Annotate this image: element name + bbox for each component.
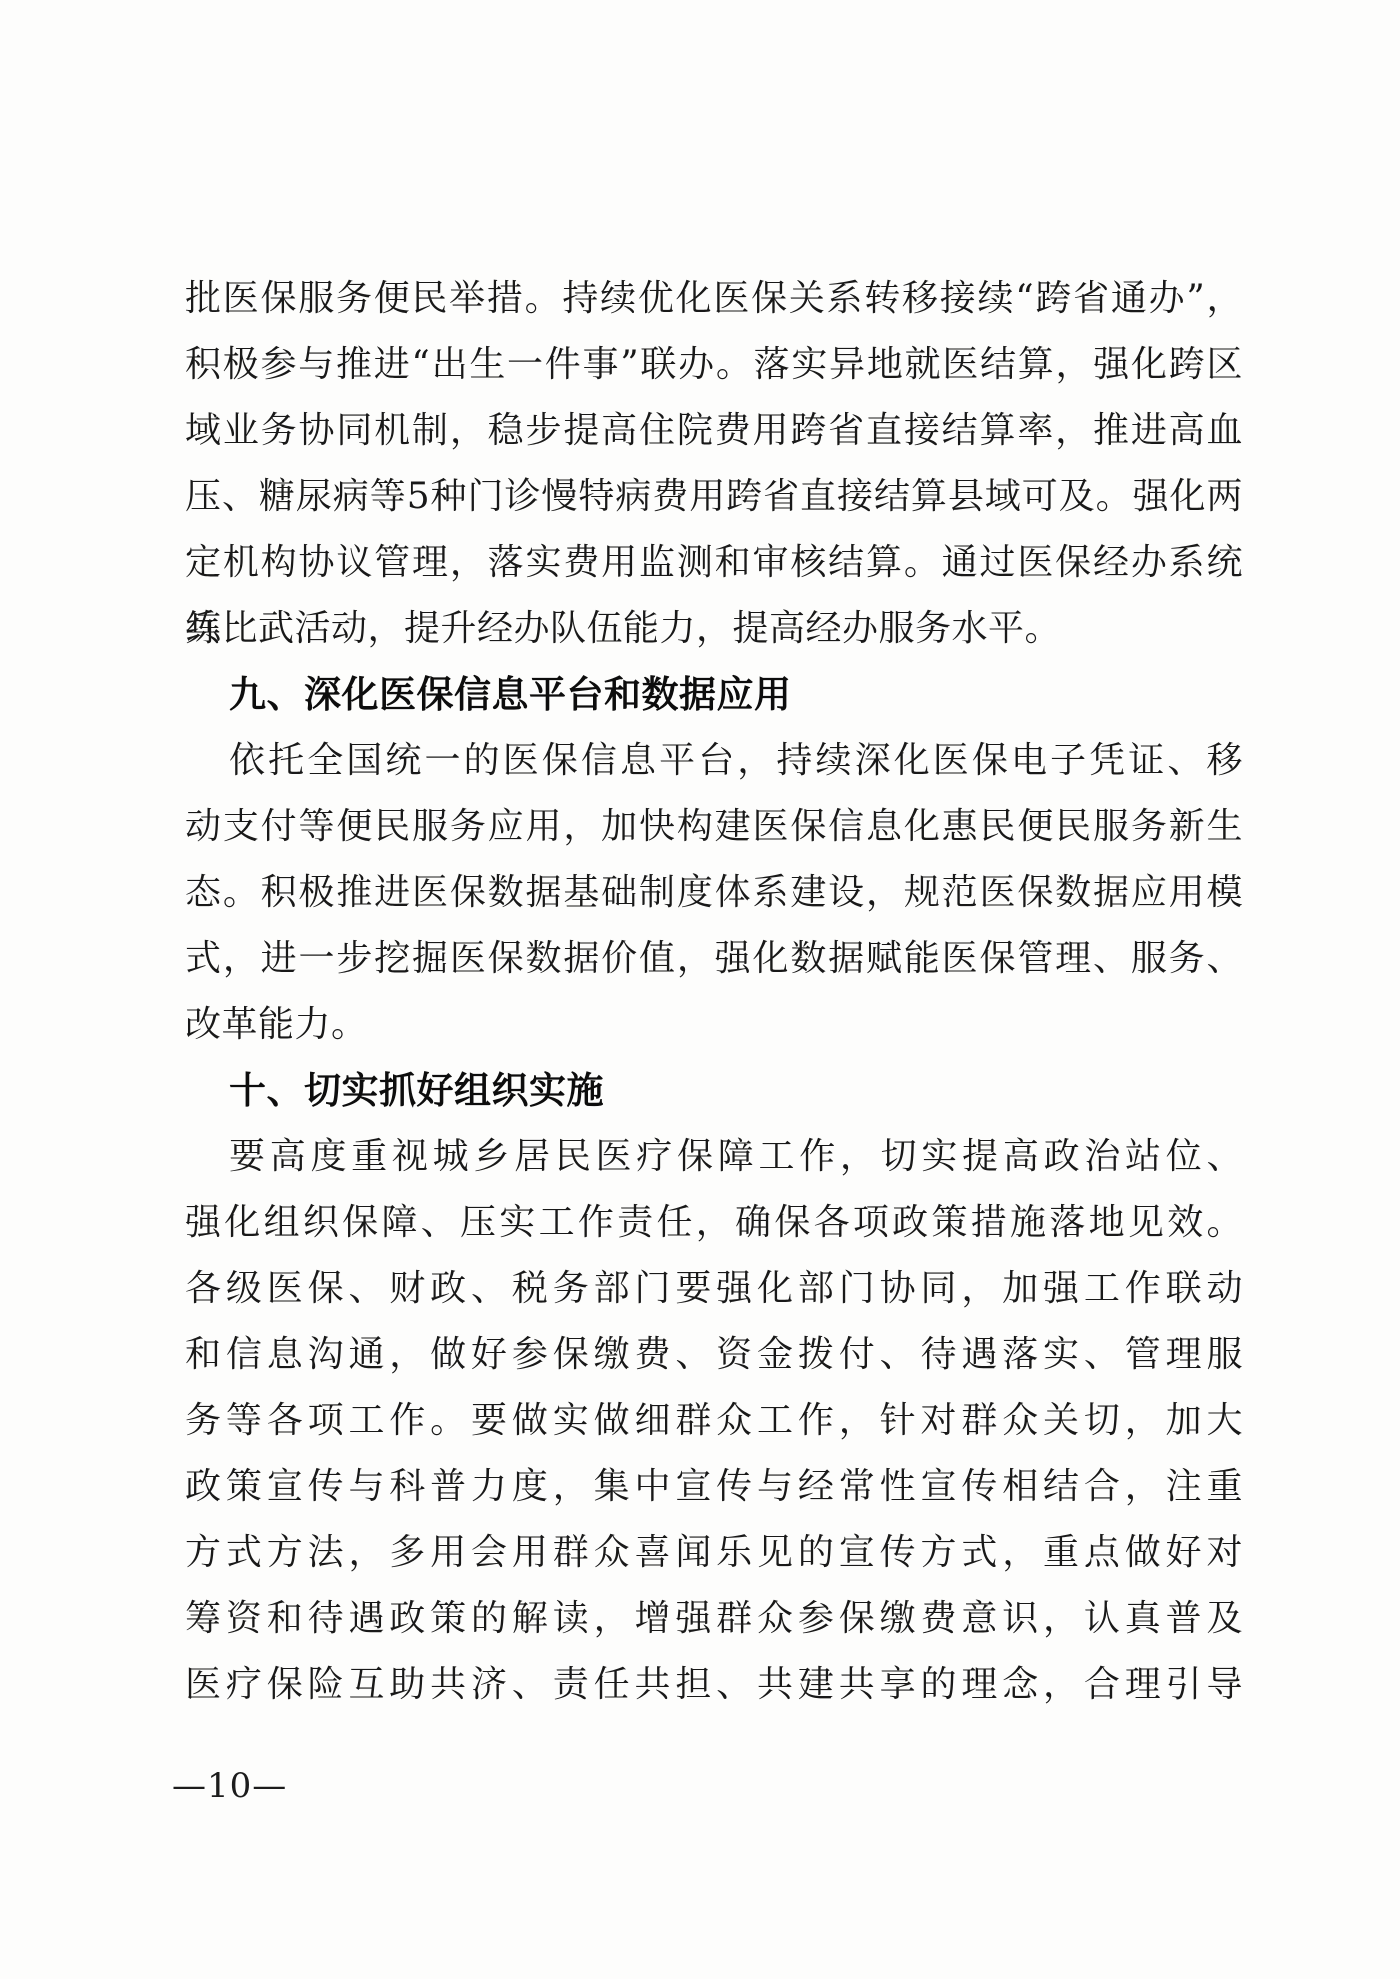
- text-line: 方式方法，多用会用群众喜闻乐见的宣传方式，重点做好对: [185, 1520, 1243, 1586]
- page-number: —10—: [172, 1762, 287, 1810]
- text-line: 兵比武活动，提升经办队伍能力，提高经办服务水平。: [185, 596, 1243, 662]
- text-line: 动支付等便民服务应用，加快构建医保信息化惠民便民服务新生: [185, 794, 1243, 860]
- text-line: 态。积极推进医保数据基础制度体系建设，规范医保数据应用模: [185, 860, 1243, 926]
- text-line: 域业务协同机制，稳步提高住院费用跨省直接结算率，推进高血: [185, 398, 1243, 464]
- text-line: 筹资和待遇政策的解读，增强群众参保缴费意识，认真普及: [185, 1586, 1243, 1652]
- text-line: 政策宣传与科普力度，集中宣传与经常性宣传相结合，注重: [185, 1454, 1243, 1520]
- document-page: 批医保服务便民举措。持续优化医保关系转移接续“跨省通办”，积极参与推进“出生一件…: [0, 0, 1400, 1979]
- text-line: 医疗保险互助共济、责任共担、共建共享的理念，合理引导: [185, 1652, 1243, 1718]
- text-line: 批医保服务便民举措。持续优化医保关系转移接续“跨省通办”，: [185, 266, 1243, 332]
- section-heading: 十、切实抓好组织实施: [185, 1058, 1243, 1124]
- text-line: 要高度重视城乡居民医疗保障工作，切实提高政治站位、: [185, 1124, 1243, 1190]
- document-body: 批医保服务便民举措。持续优化医保关系转移接续“跨省通办”，积极参与推进“出生一件…: [185, 266, 1243, 1718]
- text-line: 依托全国统一的医保信息平台，持续深化医保电子凭证、移: [185, 728, 1243, 794]
- text-line: 压、糖尿病等5种门诊慢特病费用跨省直接结算县域可及。强化两: [185, 464, 1243, 530]
- text-line: 和信息沟通，做好参保缴费、资金拨付、待遇落实、管理服: [185, 1322, 1243, 1388]
- text-line: 式，进一步挖掘医保数据价值，强化数据赋能医保管理、服务、: [185, 926, 1243, 992]
- text-line: 积极参与推进“出生一件事”联办。落实异地就医结算，强化跨区: [185, 332, 1243, 398]
- text-line: 改革能力。: [185, 992, 1243, 1058]
- text-line: 强化组织保障、压实工作责任，确保各项政策措施落地见效。: [185, 1190, 1243, 1256]
- text-line: 定机构协议管理，落实费用监测和审核结算。通过医保经办系统练: [185, 530, 1243, 596]
- text-line: 务等各项工作。要做实做细群众工作，针对群众关切，加大: [185, 1388, 1243, 1454]
- section-heading: 九、深化医保信息平台和数据应用: [185, 662, 1243, 728]
- text-line: 各级医保、财政、税务部门要强化部门协同，加强工作联动: [185, 1256, 1243, 1322]
